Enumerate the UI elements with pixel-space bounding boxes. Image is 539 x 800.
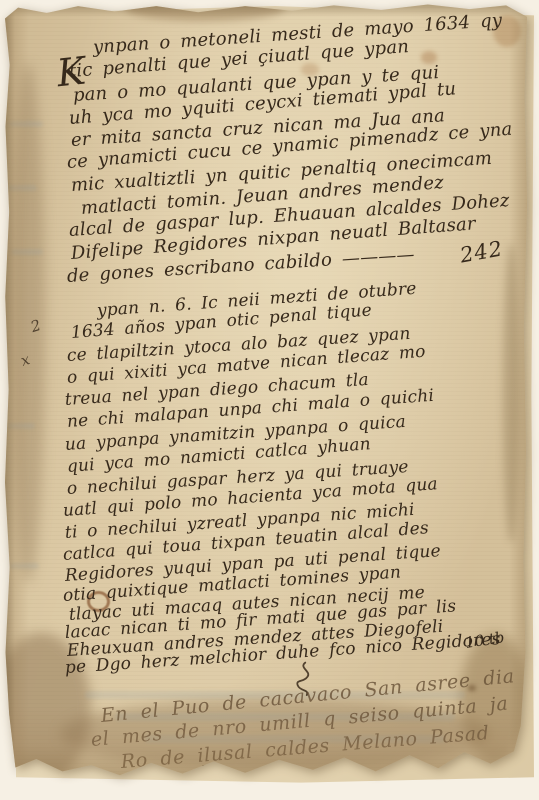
photograph-background: K ynpan o metoneli mesti de mayo 1634 qy…	[0, 0, 539, 800]
top-edge-stain	[125, 0, 285, 21]
manuscript-line: que fue chi	[94, 763, 221, 791]
margin-small-mark: x	[18, 350, 32, 370]
manuscript-page: K ynpan o metoneli mesti de mayo 1634 qy…	[5, 3, 527, 776]
bleedthrough-mark	[11, 249, 43, 255]
folio-number: 242	[458, 236, 505, 267]
bleedthrough-mark	[7, 423, 35, 429]
bleedthrough-mark	[7, 185, 37, 191]
right-edge-streak	[503, 243, 519, 543]
bleedthrough-mark	[9, 563, 39, 569]
margin-item-mark: 2	[28, 316, 43, 336]
bleedthrough-mark	[9, 121, 43, 127]
